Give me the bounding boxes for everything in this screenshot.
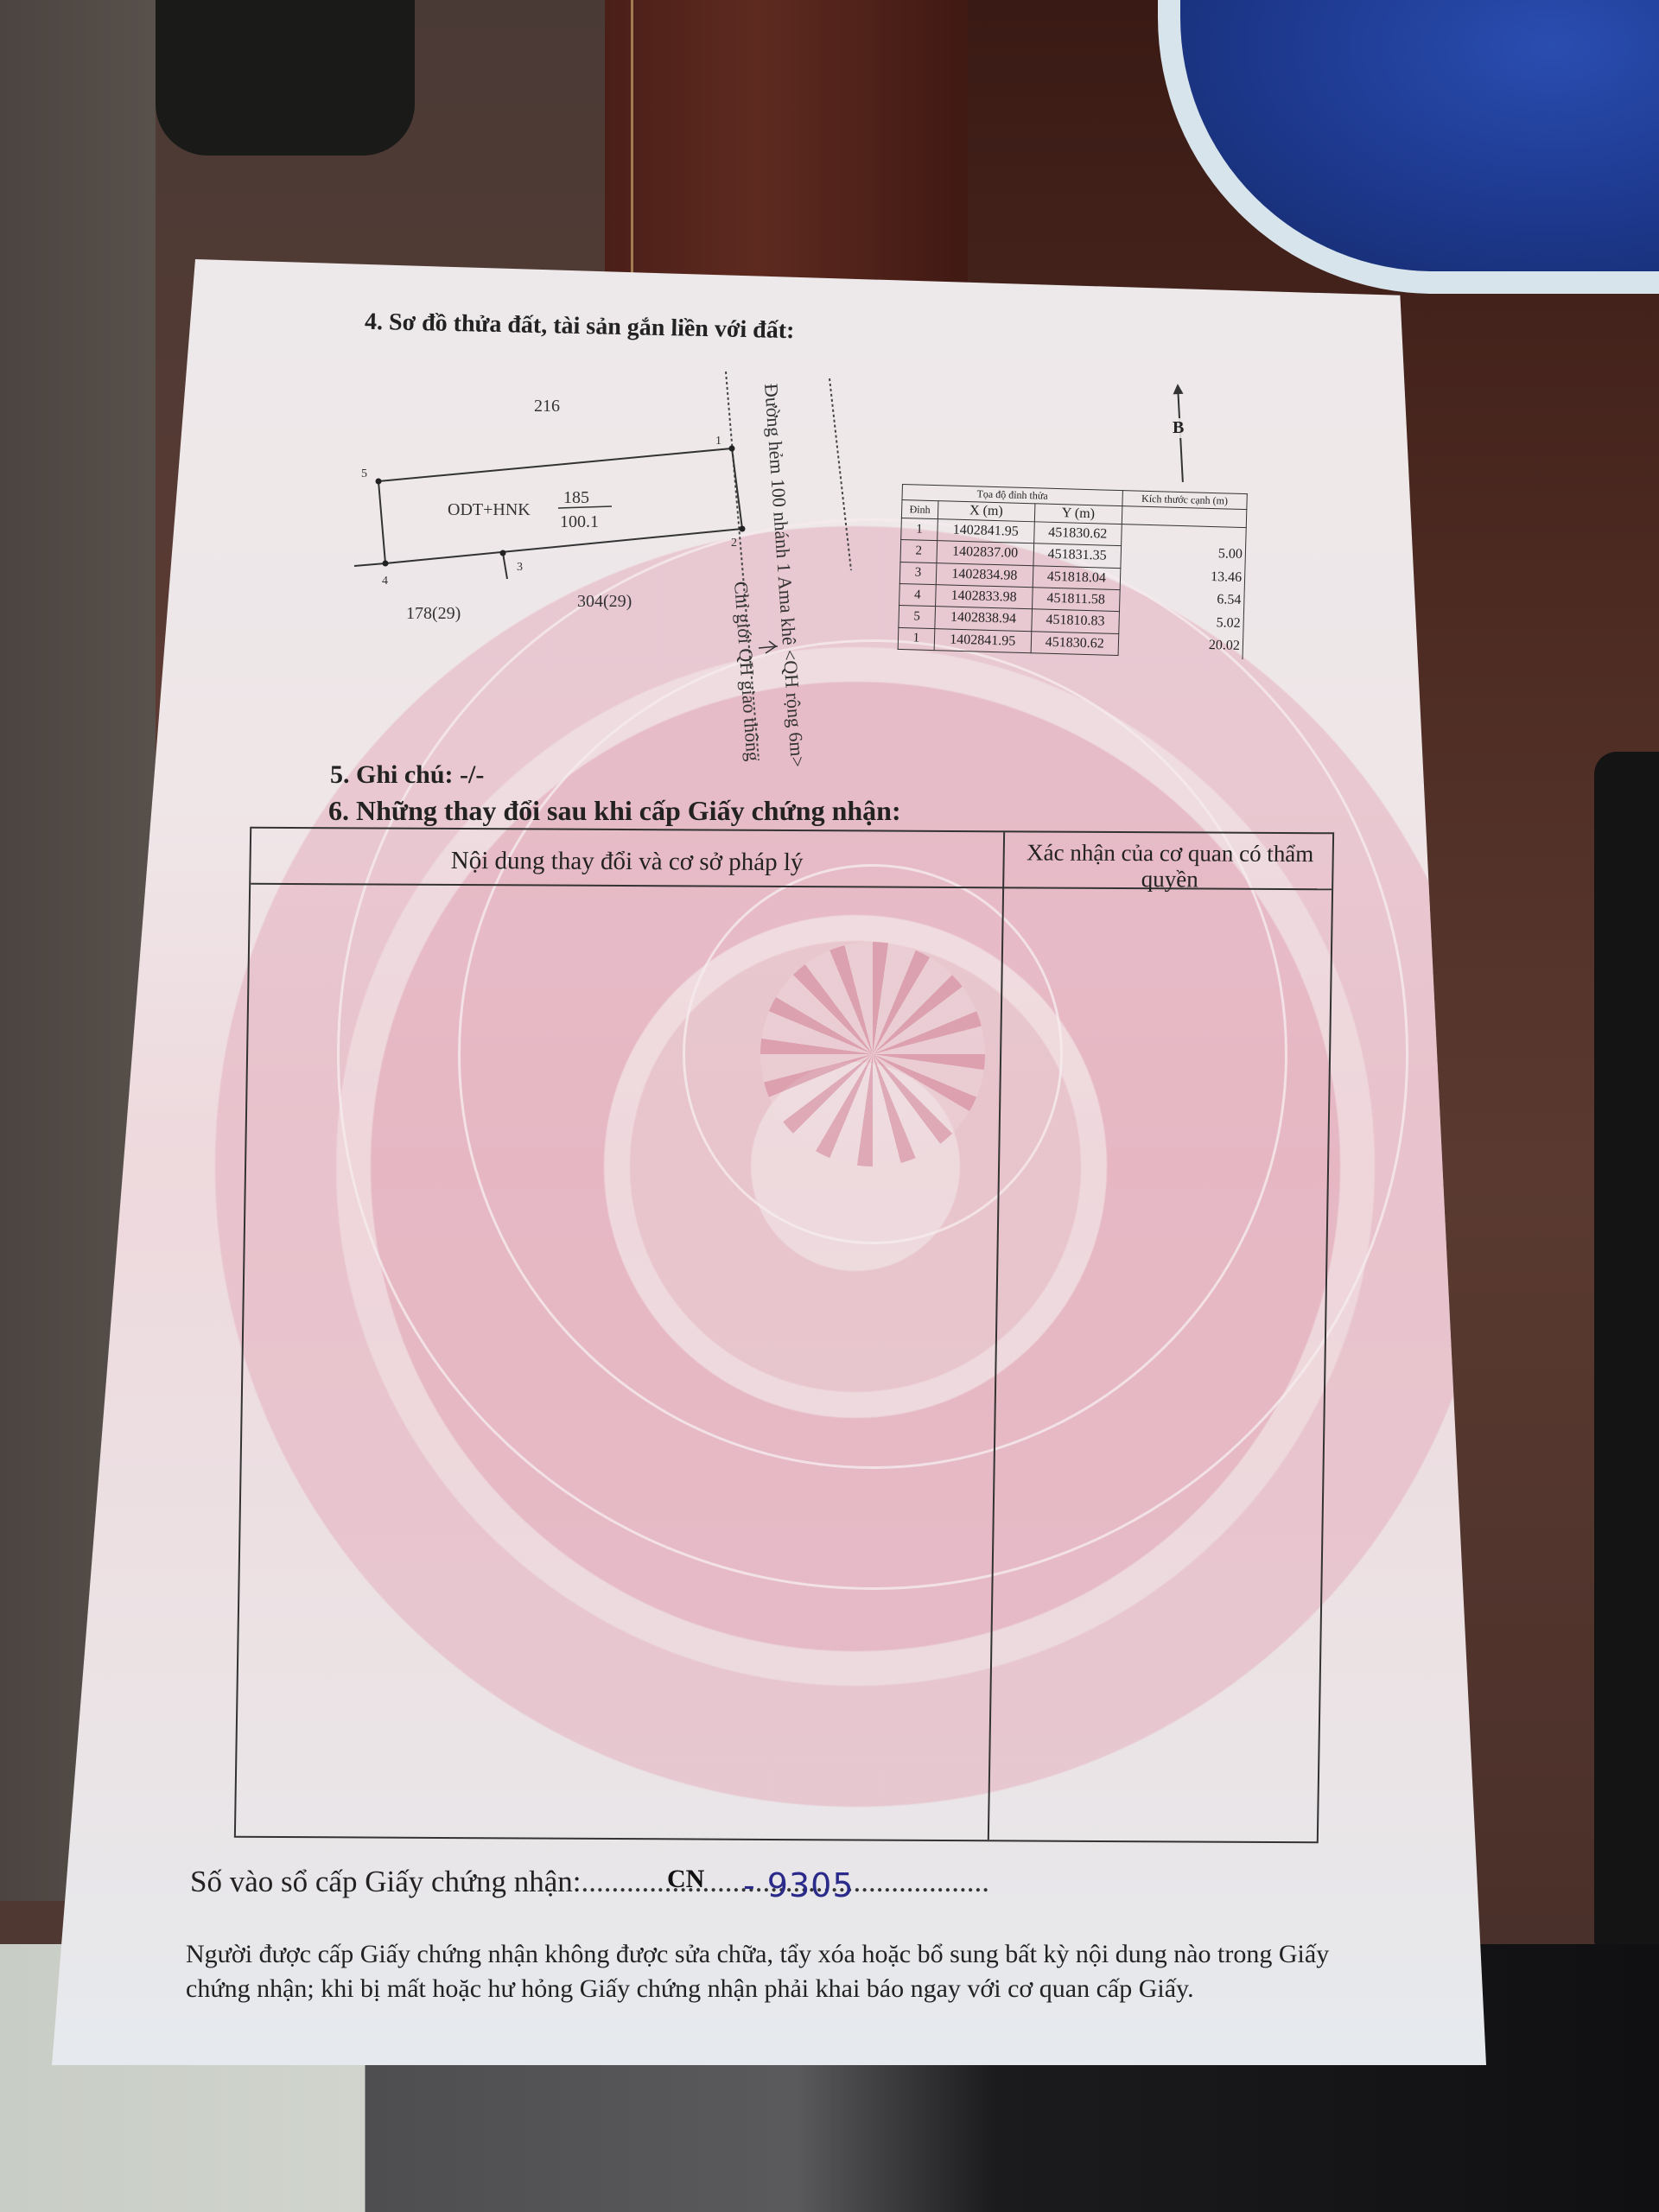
bottle <box>156 0 415 156</box>
vertex-cell: 5 <box>899 606 935 628</box>
x-cell: 1402837.00 <box>937 541 1034 565</box>
x-cell: 1402833.98 <box>935 585 1033 609</box>
x-cell: 1402841.95 <box>934 628 1032 652</box>
y-cell: 451830.62 <box>1033 522 1122 546</box>
edge-length: 13.46 <box>1123 563 1243 589</box>
col-change-content: Nội dung thay đổi và cơ sở pháp lý <box>251 846 1002 879</box>
parcel-area: 100.1 <box>560 512 599 531</box>
y-cell: 451830.62 <box>1031 631 1119 655</box>
section-5-notes: 5. Ghi chú: -/- <box>330 760 484 790</box>
parcel-number: 185 <box>563 488 589 507</box>
vertex-cell: 2 <box>900 540 937 563</box>
registration-number-handwritten: - 9305 <box>743 1866 855 1904</box>
changes-table-header: Nội dung thay đổi và cơ sở pháp lý Xác n… <box>251 829 1332 891</box>
vertex-cell: 4 <box>899 583 936 606</box>
edge-lengths-cell: 5.00 13.46 6.54 5.02 20.02 <box>1118 524 1246 659</box>
registration-label: Số vào sổ cấp Giấy chứng nhận: <box>190 1865 582 1898</box>
x-cell: 1402834.98 <box>936 563 1033 587</box>
north-indicator: B <box>1168 387 1194 482</box>
vertex-2-label: 2 <box>731 537 737 550</box>
neighbor-north-label: 216 <box>534 397 560 416</box>
edge-length: 5.00 <box>1123 540 1243 566</box>
y-cell: 451818.04 <box>1033 565 1121 589</box>
vertex-5-label: 5 <box>361 467 367 480</box>
land-use-code: ODT+HNK <box>448 500 531 519</box>
column-divider <box>988 832 1005 1840</box>
neighbor-southeast-label: 304(29) <box>577 592 632 611</box>
x-cell: 1402841.95 <box>937 519 1034 543</box>
edge-length: 5.02 <box>1122 609 1241 635</box>
vertex-cell: 1 <box>901 518 938 540</box>
col-vertex: Đỉnh <box>901 500 938 519</box>
y-cell: 451811.58 <box>1032 588 1120 612</box>
legal-notice: Người được cấp Giấy chứng nhận không đượ… <box>186 1937 1395 2006</box>
vertex-4-label: 4 <box>382 575 388 588</box>
vertex-cell: 1 <box>898 627 934 651</box>
registration-line: Số vào sổ cấp Giấy chứng nhận:..........… <box>190 1865 989 1899</box>
vertex-1-label: 1 <box>715 435 721 448</box>
neighbor-southwest-label: 178(29) <box>406 604 461 623</box>
changes-table: Nội dung thay đổi và cơ sở pháp lý Xác n… <box>234 827 1334 1844</box>
section-6-title: 6. Những thay đổi sau khi cấp Giấy chứng… <box>328 795 901 827</box>
col-authority-confirmation: Xác nhận của cơ quan có thẩm quyền <box>1004 839 1336 893</box>
phone <box>1594 752 1659 1961</box>
edge-length: 6.54 <box>1122 586 1242 612</box>
vertex-3-label: 3 <box>517 561 523 574</box>
north-label: B <box>1173 418 1184 438</box>
col-y: Y (m) <box>1034 504 1122 524</box>
x-cell: 1402838.94 <box>935 607 1033 631</box>
y-cell: 451831.35 <box>1033 543 1122 568</box>
edge-length: 20.02 <box>1121 632 1240 658</box>
y-cell: 451810.83 <box>1032 609 1120 633</box>
vertex-coordinates-table: Tọa độ đỉnh thửa Kích thước cạnh (m) Đỉn… <box>898 484 1248 659</box>
vertex-cell: 3 <box>899 562 936 584</box>
registration-prefix: CN <box>667 1865 704 1894</box>
